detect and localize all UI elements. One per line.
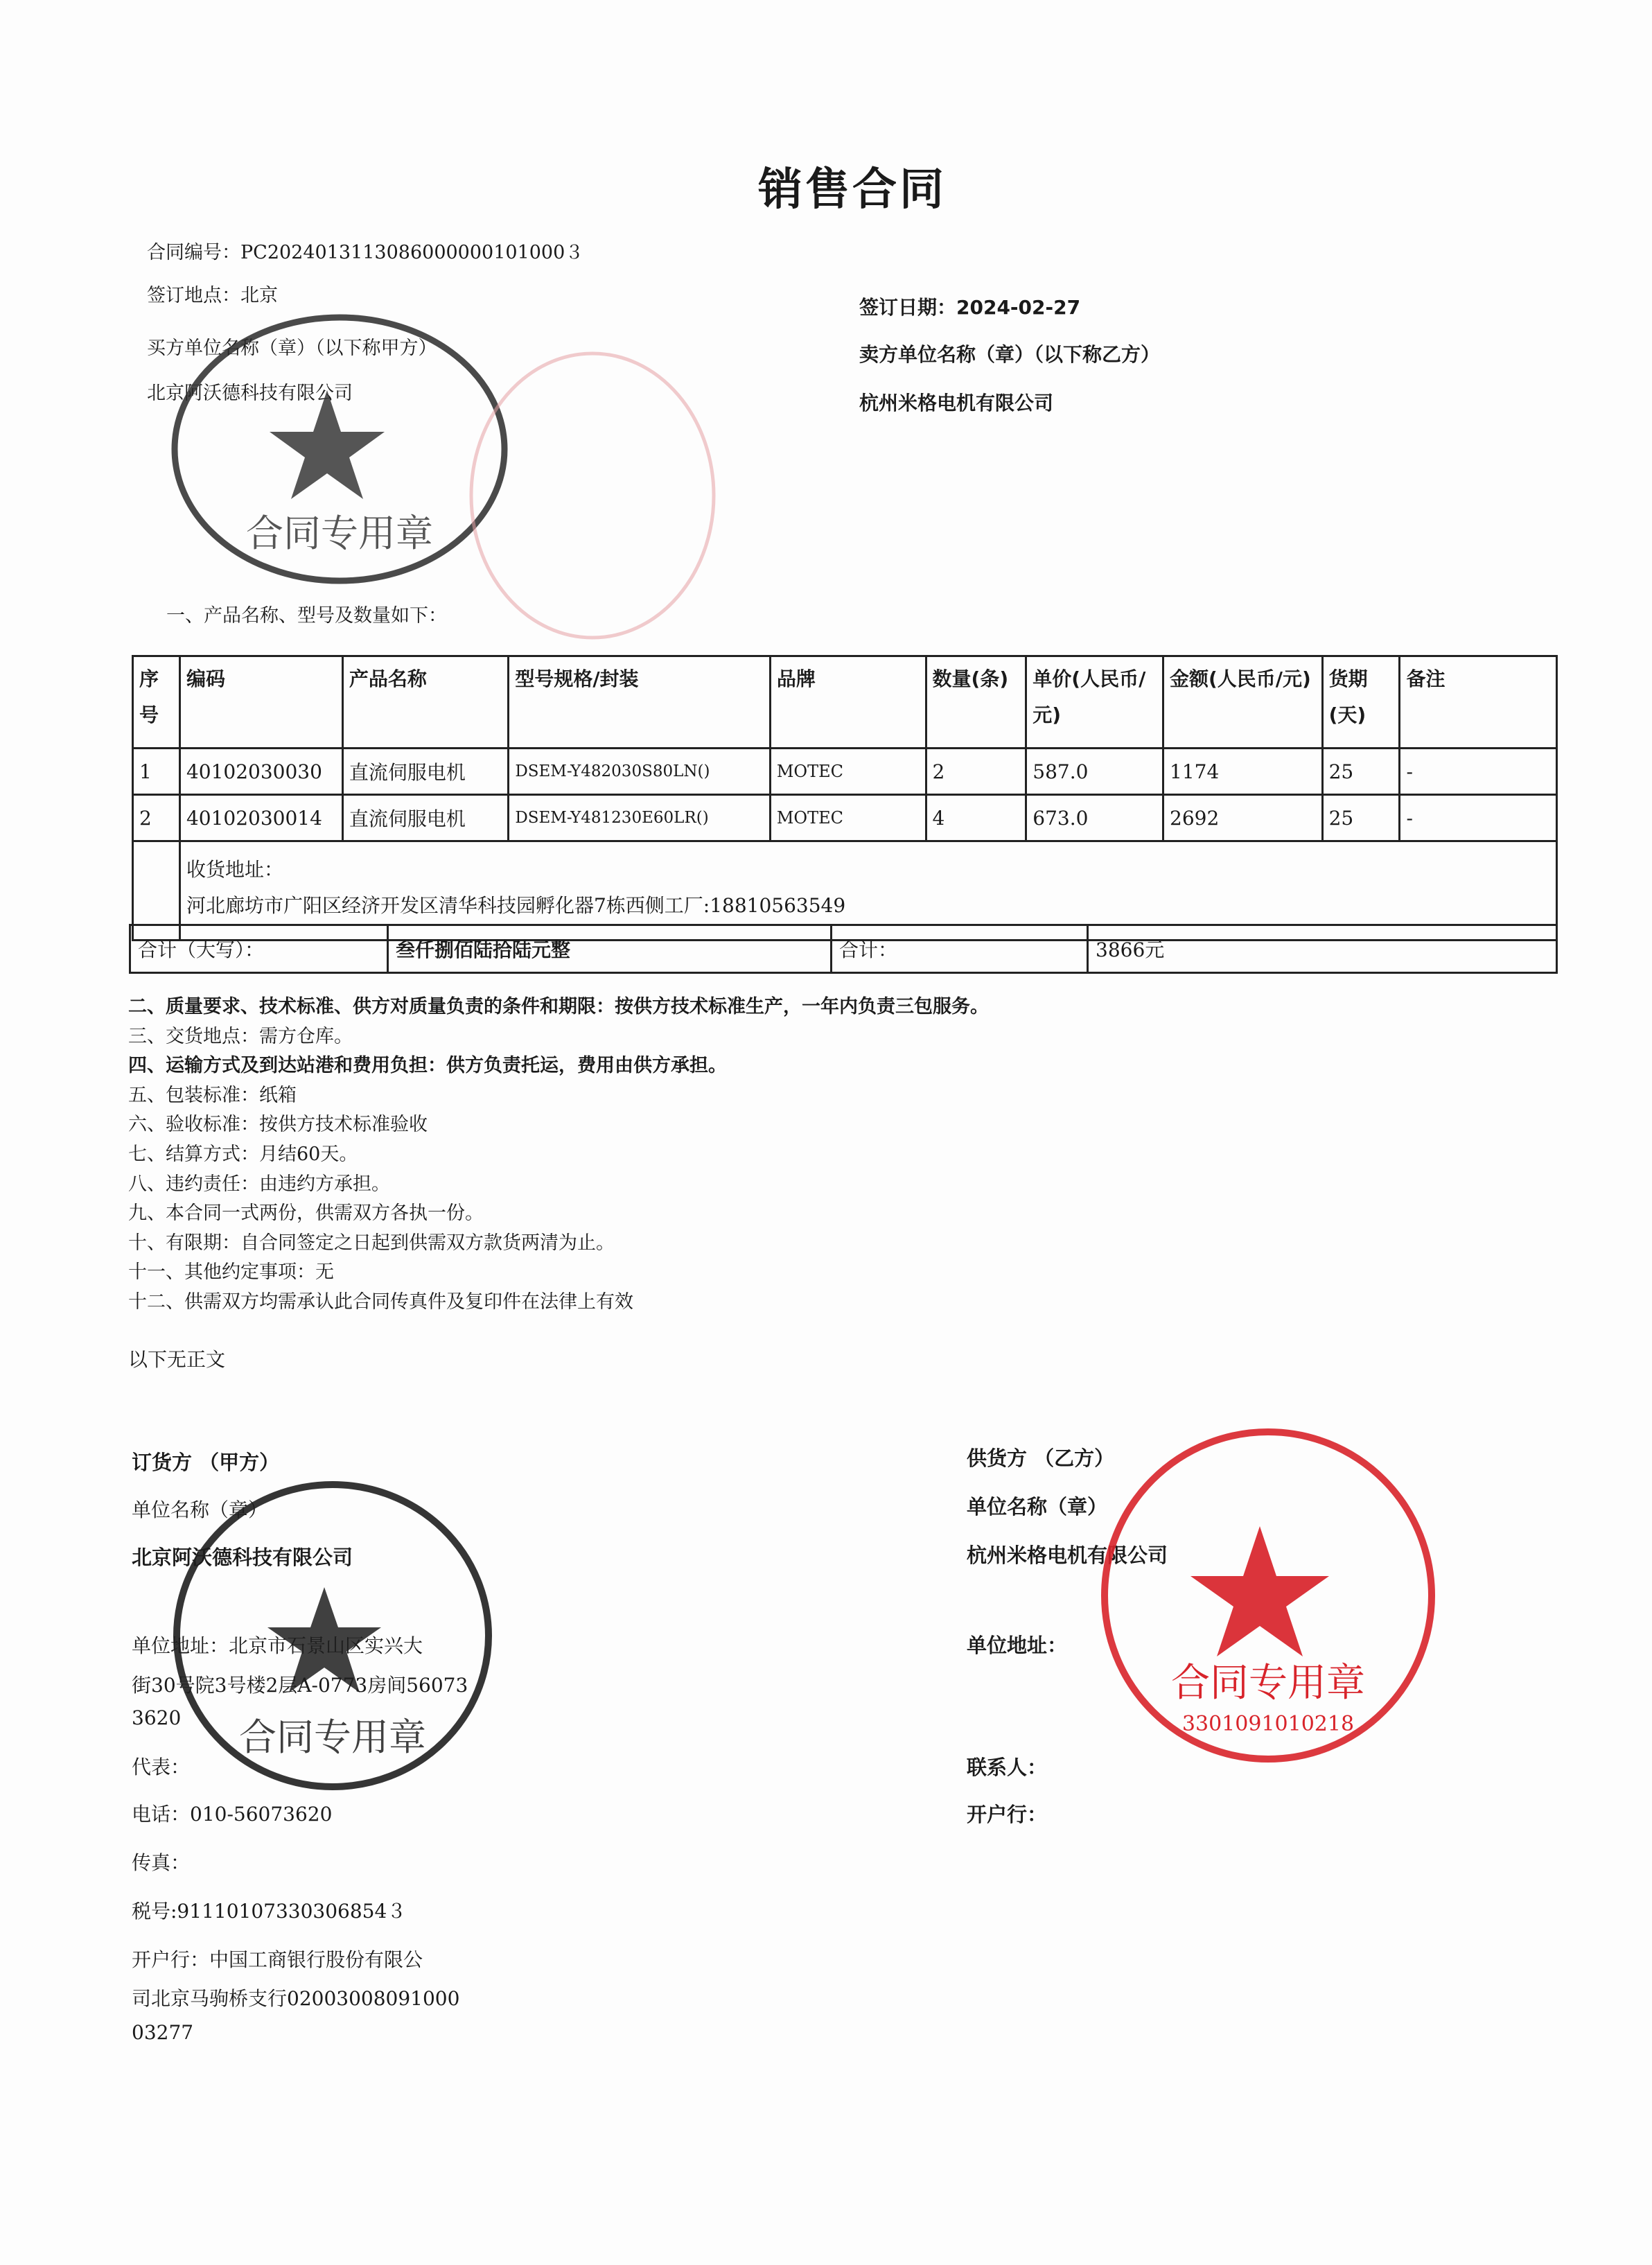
term-item: 九、本合同一式两份，供需双方各执一份。 [128,1199,989,1229]
contract-number-value: PC2024013113086000000101000３ [240,242,583,263]
cell-remark: - [1400,795,1557,841]
total-upper-label: 合计（大写）： [130,925,388,973]
cell-lead-time: 25 [1322,749,1400,795]
party-b-name-label: 单位名称（章） [967,1492,1107,1520]
party-a-tax-id: 税号:91110107330306854３ [132,1896,406,1924]
seal-icon: 合同专用章 [166,1476,499,1795]
cell-code: 40102030014 [179,795,342,841]
delivery-address-label: 收货地址： [186,852,1550,888]
term-item: 五、包装标准：纸箱 [128,1081,989,1111]
col-header-unit-price: 单价(人民币/元) [1026,656,1163,749]
sign-date: 签订日期：2024-02-27 [859,292,1080,320]
cell-product: 直流伺服电机 [342,749,508,795]
cell-remark: - [1400,749,1557,795]
party-a-phone: 电话：010-56073620 [132,1799,332,1827]
party-a-fax: 传真： [132,1848,190,1875]
col-header-lead-time: 货期(天) [1322,656,1400,749]
party-a-heading: 订货方 （甲方） [132,1447,279,1476]
table-row: 1 40102030030 直流伺服电机 DSEM-Y482030S80LN()… [133,749,1557,795]
svg-text:合同专用章: 合同专用章 [1171,1661,1365,1706]
col-header-seq: 序号 [133,656,180,749]
svg-text:合同专用章: 合同专用章 [239,1715,426,1759]
col-header-code: 编码 [179,656,342,749]
term-item: 四、运输方式及到达站港和费用负担：供方负责托运，费用由供方承担。 [128,1051,989,1081]
term-item: 十二、供需双方均需承认此合同传真件及复印件在法律上有效 [128,1288,989,1318]
cell-qty: 2 [926,749,1026,795]
cell-product: 直流伺服电机 [342,795,508,841]
contract-number-label: 合同编号： [147,242,240,263]
term-item: 八、违约责任：由违约方承担。 [128,1170,989,1200]
term-item: 十、有限期：自合同签定之日起到供需双方款货两清为止。 [128,1229,989,1259]
seller-seal: 合同专用章 3301091010218 [1095,1422,1441,1769]
total-table: 合计（大写）： 叁仟捌佰陆拾陆元整 合计： 3866元 [129,924,1558,974]
cell-qty: 4 [926,795,1026,841]
col-header-product: 产品名称 [342,656,508,749]
party-a-bank: 开户行：中国工商银行股份有限公 [132,1945,423,1973]
cell-unit-price: 673.0 [1026,795,1163,841]
seal-icon: 合同专用章 [166,311,513,588]
cell-code: 40102030030 [179,749,342,795]
cell-model: DSEM-Y482030S80LN() [509,749,771,795]
items-table: 序号 编码 产品名称 型号规格/封装 品牌 数量(条) 单价(人民币/元) 金额… [132,655,1558,941]
party-b-address: 单位地址： [967,1630,1067,1659]
cell-seq: 2 [133,795,180,841]
table-row: 2 40102030014 直流伺服电机 DSEM-Y481230E60LR()… [133,795,1557,841]
document-title: 销售合同 [0,154,1652,218]
faint-red-seal [464,347,721,645]
term-item: 十一、其他约定事项：无 [128,1258,989,1288]
col-header-model: 型号规格/封装 [509,656,771,749]
total-value: 3866元 [1088,925,1557,973]
delivery-address-value: 河北廊坊市广阳区经济开发区清华科技园孵化器7栋西侧工厂:18810563549 [186,888,1550,924]
total-upper-value: 叁仟捌佰陆拾陆元整 [388,925,832,973]
cell-amount: 2692 [1163,795,1323,841]
col-header-qty: 数量(条) [926,656,1026,749]
term-item: 六、验收标准：按供方技术标准验收 [128,1110,989,1140]
party-b-contact: 联系人： [967,1752,1047,1781]
buyer-seal-bottom: 合同专用章 [166,1476,499,1795]
party-a-bank-3: 03277 [132,2021,193,2044]
terms-list: 二、质量要求、技术标准、供方对质量负责的条件和期限：按供方技术标准生产，一年内负… [128,992,989,1318]
table-header-row: 序号 编码 产品名称 型号规格/封装 品牌 数量(条) 单价(人民币/元) 金额… [133,656,1557,749]
cell-lead-time: 25 [1322,795,1400,841]
total-label: 合计： [832,925,1088,973]
seller-label: 卖方单位名称（章）（以下称乙方） [859,340,1160,367]
party-a-bank-2: 司北京马驹桥支行02003008091000 [132,1984,459,2011]
cell-brand: MOTEC [770,795,926,841]
buyer-seal-top: 合同专用章 [166,311,513,588]
party-b-bank: 开户行： [967,1799,1047,1828]
cell-amount: 1174 [1163,749,1323,795]
cell-brand: MOTEC [770,749,926,795]
svg-text:3301091010218: 3301091010218 [1182,1712,1354,1736]
cell-model: DSEM-Y481230E60LR() [509,795,771,841]
svg-text:合同专用章: 合同专用章 [246,511,433,555]
col-header-brand: 品牌 [770,656,926,749]
party-b-heading: 供货方 （乙方） [967,1443,1114,1471]
cell-unit-price: 587.0 [1026,749,1163,795]
end-note: 以下无正文 [128,1345,225,1372]
sign-place: 签订地点：北京 [147,280,278,307]
seal-icon: 合同专用章 3301091010218 [1095,1422,1441,1769]
seller-name: 杭州米格电机有限公司 [859,388,1053,416]
term-item: 七、结算方式：月结60天。 [128,1140,989,1170]
col-header-amount: 金额(人民币/元) [1163,656,1323,749]
products-intro: 一、产品名称、型号及数量如下： [166,600,447,627]
cell-seq: 1 [133,749,180,795]
term-item: 三、交货地点：需方仓库。 [128,1022,989,1052]
term-item: 二、质量要求、技术标准、供方对质量负责的条件和期限：按供方技术标准生产，一年内负… [128,992,989,1022]
seal-icon [464,347,721,645]
col-header-remark: 备注 [1400,656,1557,749]
contract-number: 合同编号：PC2024013113086000000101000３ [147,237,583,264]
